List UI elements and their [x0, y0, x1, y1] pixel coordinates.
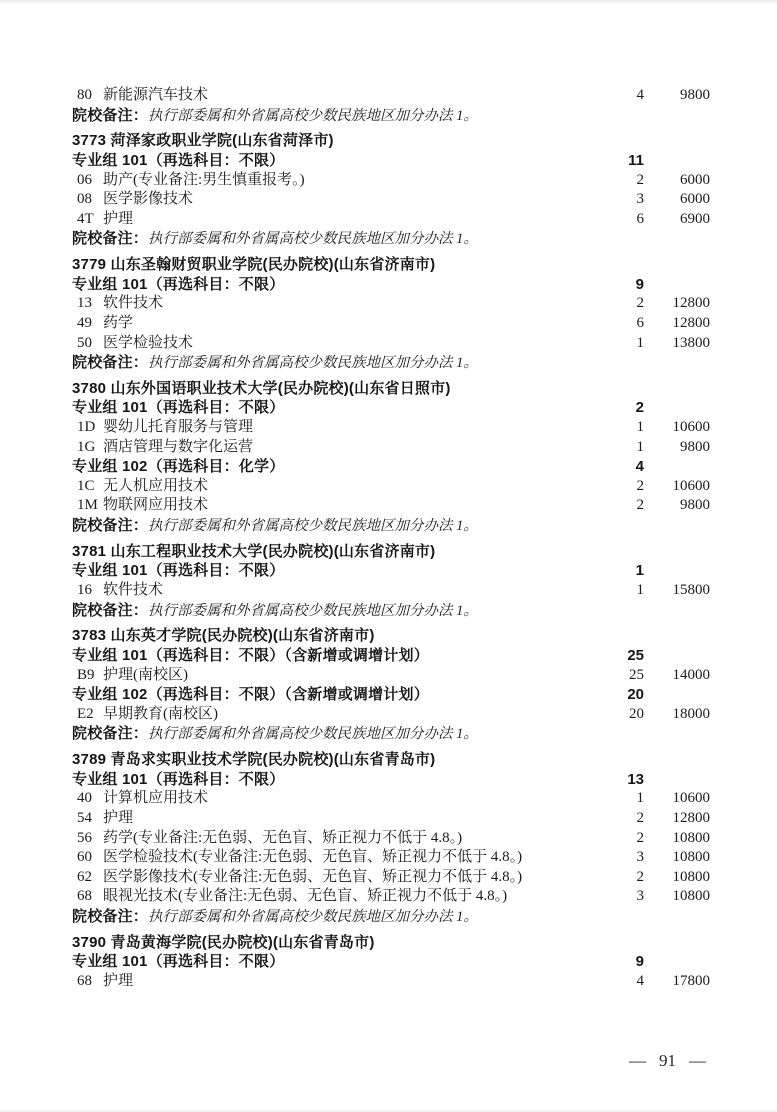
tuition-fee: 12800: [644, 294, 710, 314]
plan-count: 1: [592, 438, 644, 458]
tuition-fee: 6000: [644, 190, 710, 210]
footer-dash-left: —: [629, 1051, 646, 1071]
major-group-row: 专业组 101（再选科目：不限）13: [72, 770, 710, 790]
major-code: 1C: [72, 477, 103, 497]
remark-text: 执行部委属和外省属高校少数民族地区加分办法 1。: [148, 602, 478, 622]
school-section: 3790 青岛黄海学院(民办院校)(山东省青岛市)专业组 101（再选科目：不限…: [72, 933, 710, 992]
major-code: 40: [72, 789, 103, 809]
school-header: 3781 山东工程职业技术大学(民办院校)(山东省济南市): [72, 542, 710, 562]
school-remark-row: 院校备注：执行部委属和外省属高校少数民族地区加分办法 1。: [72, 601, 710, 621]
major-code: 13: [72, 294, 103, 314]
plan-count: 2: [592, 868, 644, 888]
major-code: 62: [72, 868, 103, 888]
remark-text: 执行部委属和外省属高校少数民族地区加分办法 1。: [148, 354, 478, 374]
tuition-fee: 15800: [644, 581, 710, 601]
major-row: 1D婴幼儿托育服务与管理110600: [72, 418, 710, 438]
major-group-label: 专业组 101（再选科目：不限）: [72, 770, 592, 790]
school-section: 3783 山东英才学院(民办院校)(山东省济南市)专业组 101（再选科目：不限…: [72, 626, 710, 744]
plan-count: 6: [592, 314, 644, 334]
school-remark-row: 院校备注：执行部委属和外省属高校少数民族地区加分办法 1。: [72, 907, 710, 927]
major-code: 68: [72, 887, 103, 907]
remark-label: 院校备注：: [72, 106, 148, 126]
major-code: 60: [72, 848, 103, 868]
plan-count: 2: [592, 477, 644, 497]
plan-count: 1: [592, 418, 644, 438]
tuition-fee: 10800: [644, 829, 710, 849]
major-code: B9: [72, 666, 103, 686]
major-group-label: 专业组 101（再选科目：不限）: [72, 952, 592, 972]
major-row: 1G酒店管理与数字化运营19800: [72, 438, 710, 458]
major-row: E2早期教育(南校区)2018000: [72, 705, 710, 725]
tuition-fee: 14000: [644, 666, 710, 686]
major-group-row: 专业组 102（再选科目：不限）（含新增或调增计划）20: [72, 685, 710, 705]
major-name: 医学影像技术: [103, 190, 592, 210]
major-code: 4T: [72, 210, 103, 230]
group-plan-count: 20: [592, 685, 644, 705]
major-code: 54: [72, 809, 103, 829]
group-plan-count: 11: [592, 151, 644, 171]
major-group-label: 专业组 102（再选科目：化学）: [72, 457, 592, 477]
plan-count: 2: [592, 496, 644, 516]
school-remark-row: 院校备注：执行部委属和外省属高校少数民族地区加分办法 1。: [72, 724, 710, 744]
plan-count: 2: [592, 171, 644, 191]
major-name: 助产(专业备注:男生慎重报考。): [103, 171, 592, 191]
plan-count: 1: [592, 789, 644, 809]
major-code: 06: [72, 171, 103, 191]
major-name: 护理: [103, 809, 592, 829]
major-group-label: 专业组 101（再选科目：不限）: [72, 275, 592, 295]
major-name: 眼视光技术(专业备注:无色弱、无色盲、矫正视力不低于 4.8。): [103, 887, 592, 907]
school-remark-row: 院校备注：执行部委属和外省属高校少数民族地区加分办法 1。: [72, 516, 710, 536]
remark-label: 院校备注：: [72, 907, 148, 927]
major-code: 56: [72, 829, 103, 849]
page-top-edge: [0, 0, 777, 4]
plan-count: 3: [592, 190, 644, 210]
plan-count: 1: [592, 334, 644, 354]
remark-label: 院校备注：: [72, 601, 148, 621]
major-name: 护理(南校区): [103, 666, 592, 686]
remark-text: 执行部委属和外省属高校少数民族地区加分办法 1。: [148, 908, 478, 928]
remark-text: 执行部委属和外省属高校少数民族地区加分办法 1。: [148, 725, 478, 745]
major-group-label: 专业组 101（再选科目：不限）: [72, 561, 592, 581]
major-row: 16软件技术115800: [72, 581, 710, 601]
plan-count: 2: [592, 829, 644, 849]
tuition-fee: 10800: [644, 887, 710, 907]
plan-count: 2: [592, 809, 644, 829]
tuition-fee: 6000: [644, 171, 710, 191]
major-name: 护理: [103, 972, 592, 992]
major-code: 1D: [72, 418, 103, 438]
plan-count: 3: [592, 848, 644, 868]
major-name: 医学影像技术(专业备注:无色弱、无色盲、矫正视力不低于 4.8。): [103, 868, 592, 888]
school-remark-row: 院校备注：执行部委属和外省属高校少数民族地区加分办法 1。: [72, 229, 710, 249]
major-row: 62医学影像技术(专业备注:无色弱、无色盲、矫正视力不低于 4.8。)21080…: [72, 868, 710, 888]
major-row: 54护理212800: [72, 809, 710, 829]
major-group-label: 专业组 101（再选科目：不限）: [72, 151, 592, 171]
school-section: 3779 山东圣翰财贸职业学院(民办院校)(山东省济南市)专业组 101（再选科…: [72, 255, 710, 373]
tuition-fee: 10800: [644, 848, 710, 868]
school-section: 3780 山东外国语职业技术大学(民办院校)(山东省日照市)专业组 101（再选…: [72, 379, 710, 536]
page-number: 91: [659, 1051, 676, 1071]
tuition-fee: 10600: [644, 477, 710, 497]
major-group-label: 专业组 101（再选科目：不限）: [72, 398, 592, 418]
document-page: 80新能源汽车技术49800院校备注：执行部委属和外省属高校少数民族地区加分办法…: [0, 0, 777, 1112]
major-row: 1M物联网应用技术29800: [72, 496, 710, 516]
major-row: 08医学影像技术36000: [72, 190, 710, 210]
footer-dash-right: —: [689, 1051, 706, 1071]
major-group-row: 专业组 101（再选科目：不限）9: [72, 952, 710, 972]
major-group-row: 专业组 102（再选科目：化学）4: [72, 457, 710, 477]
tuition-fee: 10600: [644, 789, 710, 809]
major-row: 60医学检验技术(专业备注:无色弱、无色盲、矫正视力不低于 4.8。)31080…: [72, 848, 710, 868]
major-name: 无人机应用技术: [103, 477, 592, 497]
major-row: 56药学(专业备注:无色弱、无色盲、矫正视力不低于 4.8。)210800: [72, 829, 710, 849]
major-name: 医学检验技术: [103, 334, 592, 354]
major-row: B9护理(南校区)2514000: [72, 666, 710, 686]
major-row: 80新能源汽车技术49800: [72, 86, 710, 106]
tuition-fee: 12800: [644, 809, 710, 829]
tuition-fee: 9800: [644, 86, 710, 106]
major-code: 08: [72, 190, 103, 210]
plan-count: 1: [592, 581, 644, 601]
plan-count: 3: [592, 887, 644, 907]
tuition-fee: 12800: [644, 314, 710, 334]
tuition-fee: 17800: [644, 972, 710, 992]
remark-label: 院校备注：: [72, 724, 148, 744]
major-row: 50医学检验技术113800: [72, 334, 710, 354]
school-header: 3780 山东外国语职业技术大学(民办院校)(山东省日照市): [72, 379, 710, 399]
school-header: 3789 青岛求实职业技术学院(民办院校)(山东省青岛市): [72, 750, 710, 770]
remark-text: 执行部委属和外省属高校少数民族地区加分办法 1。: [148, 230, 478, 250]
major-code: 80: [72, 86, 103, 106]
plan-count: 4: [592, 86, 644, 106]
major-row: 4T护理66900: [72, 210, 710, 230]
major-code: E2: [72, 705, 103, 725]
school-remark-row: 院校备注：执行部委属和外省属高校少数民族地区加分办法 1。: [72, 106, 710, 126]
major-name: 婴幼儿托育服务与管理: [103, 418, 592, 438]
major-row: 1C无人机应用技术210600: [72, 477, 710, 497]
page-footer: — 91 —: [629, 1051, 706, 1071]
major-group-label: 专业组 102（再选科目：不限）（含新增或调增计划）: [72, 685, 592, 705]
major-row: 40计算机应用技术110600: [72, 789, 710, 809]
major-name: 早期教育(南校区): [103, 705, 592, 725]
major-row: 13软件技术212800: [72, 294, 710, 314]
remark-label: 院校备注：: [72, 353, 148, 373]
major-code: 16: [72, 581, 103, 601]
major-row: 06助产(专业备注:男生慎重报考。)26000: [72, 171, 710, 191]
tuition-fee: 10800: [644, 868, 710, 888]
major-name: 药学: [103, 314, 592, 334]
school-section: 3789 青岛求实职业技术学院(民办院校)(山东省青岛市)专业组 101（再选科…: [72, 750, 710, 926]
plan-count: 6: [592, 210, 644, 230]
school-header: 3790 青岛黄海学院(民办院校)(山东省青岛市): [72, 933, 710, 953]
school-header: 3783 山东英才学院(民办院校)(山东省济南市): [72, 626, 710, 646]
major-name: 护理: [103, 210, 592, 230]
remark-text: 执行部委属和外省属高校少数民族地区加分办法 1。: [148, 107, 478, 127]
major-name: 软件技术: [103, 294, 592, 314]
tuition-fee: 10600: [644, 418, 710, 438]
major-code: 49: [72, 314, 103, 334]
group-plan-count: 4: [592, 457, 644, 477]
group-plan-count: 13: [592, 770, 644, 790]
major-row: 68护理417800: [72, 972, 710, 992]
group-plan-count: 25: [592, 646, 644, 666]
major-group-row: 专业组 101（再选科目：不限）1: [72, 561, 710, 581]
major-group-row: 专业组 101（再选科目：不限）11: [72, 151, 710, 171]
major-group-row: 专业组 101（再选科目：不限）（含新增或调增计划）25: [72, 646, 710, 666]
remark-label: 院校备注：: [72, 516, 148, 536]
major-code: 50: [72, 334, 103, 354]
school-header: 3779 山东圣翰财贸职业学院(民办院校)(山东省济南市): [72, 255, 710, 275]
plan-count: 2: [592, 294, 644, 314]
major-name: 药学(专业备注:无色弱、无色盲、矫正视力不低于 4.8。): [103, 829, 592, 849]
major-group-label: 专业组 101（再选科目：不限）（含新增或调增计划）: [72, 646, 592, 666]
major-name: 医学检验技术(专业备注:无色弱、无色盲、矫正视力不低于 4.8。): [103, 848, 592, 868]
major-name: 酒店管理与数字化运营: [103, 438, 592, 458]
plan-count: 20: [592, 705, 644, 725]
major-row: 68眼视光技术(专业备注:无色弱、无色盲、矫正视力不低于 4.8。)310800: [72, 887, 710, 907]
tuition-fee: 9800: [644, 496, 710, 516]
major-name: 物联网应用技术: [103, 496, 592, 516]
major-name: 新能源汽车技术: [103, 86, 592, 106]
major-name: 计算机应用技术: [103, 789, 592, 809]
major-name: 软件技术: [103, 581, 592, 601]
major-code: 1M: [72, 496, 103, 516]
tuition-fee: 13800: [644, 334, 710, 354]
group-plan-count: 9: [592, 952, 644, 972]
group-plan-count: 1: [592, 561, 644, 581]
school-header: 3773 菏泽家政职业学院(山东省菏泽市): [72, 131, 710, 151]
school-section: 3781 山东工程职业技术大学(民办院校)(山东省济南市)专业组 101（再选科…: [72, 542, 710, 620]
tuition-fee: 6900: [644, 210, 710, 230]
group-plan-count: 9: [592, 275, 644, 295]
plan-count: 25: [592, 666, 644, 686]
school-section: 3773 菏泽家政职业学院(山东省菏泽市)专业组 101（再选科目：不限）110…: [72, 131, 710, 249]
major-group-row: 专业组 101（再选科目：不限）9: [72, 275, 710, 295]
tuition-fee: 9800: [644, 438, 710, 458]
admission-plan-list: 80新能源汽车技术49800院校备注：执行部委属和外省属高校少数民族地区加分办法…: [72, 86, 710, 991]
remark-label: 院校备注：: [72, 229, 148, 249]
tuition-fee: 18000: [644, 705, 710, 725]
school-remark-row: 院校备注：执行部委属和外省属高校少数民族地区加分办法 1。: [72, 353, 710, 373]
major-code: 68: [72, 972, 103, 992]
major-row: 49药学612800: [72, 314, 710, 334]
remark-text: 执行部委属和外省属高校少数民族地区加分办法 1。: [148, 517, 478, 537]
major-code: 1G: [72, 438, 103, 458]
major-group-row: 专业组 101（再选科目：不限）2: [72, 398, 710, 418]
school-section: 80新能源汽车技术49800院校备注：执行部委属和外省属高校少数民族地区加分办法…: [72, 86, 710, 125]
plan-count: 4: [592, 972, 644, 992]
group-plan-count: 2: [592, 398, 644, 418]
